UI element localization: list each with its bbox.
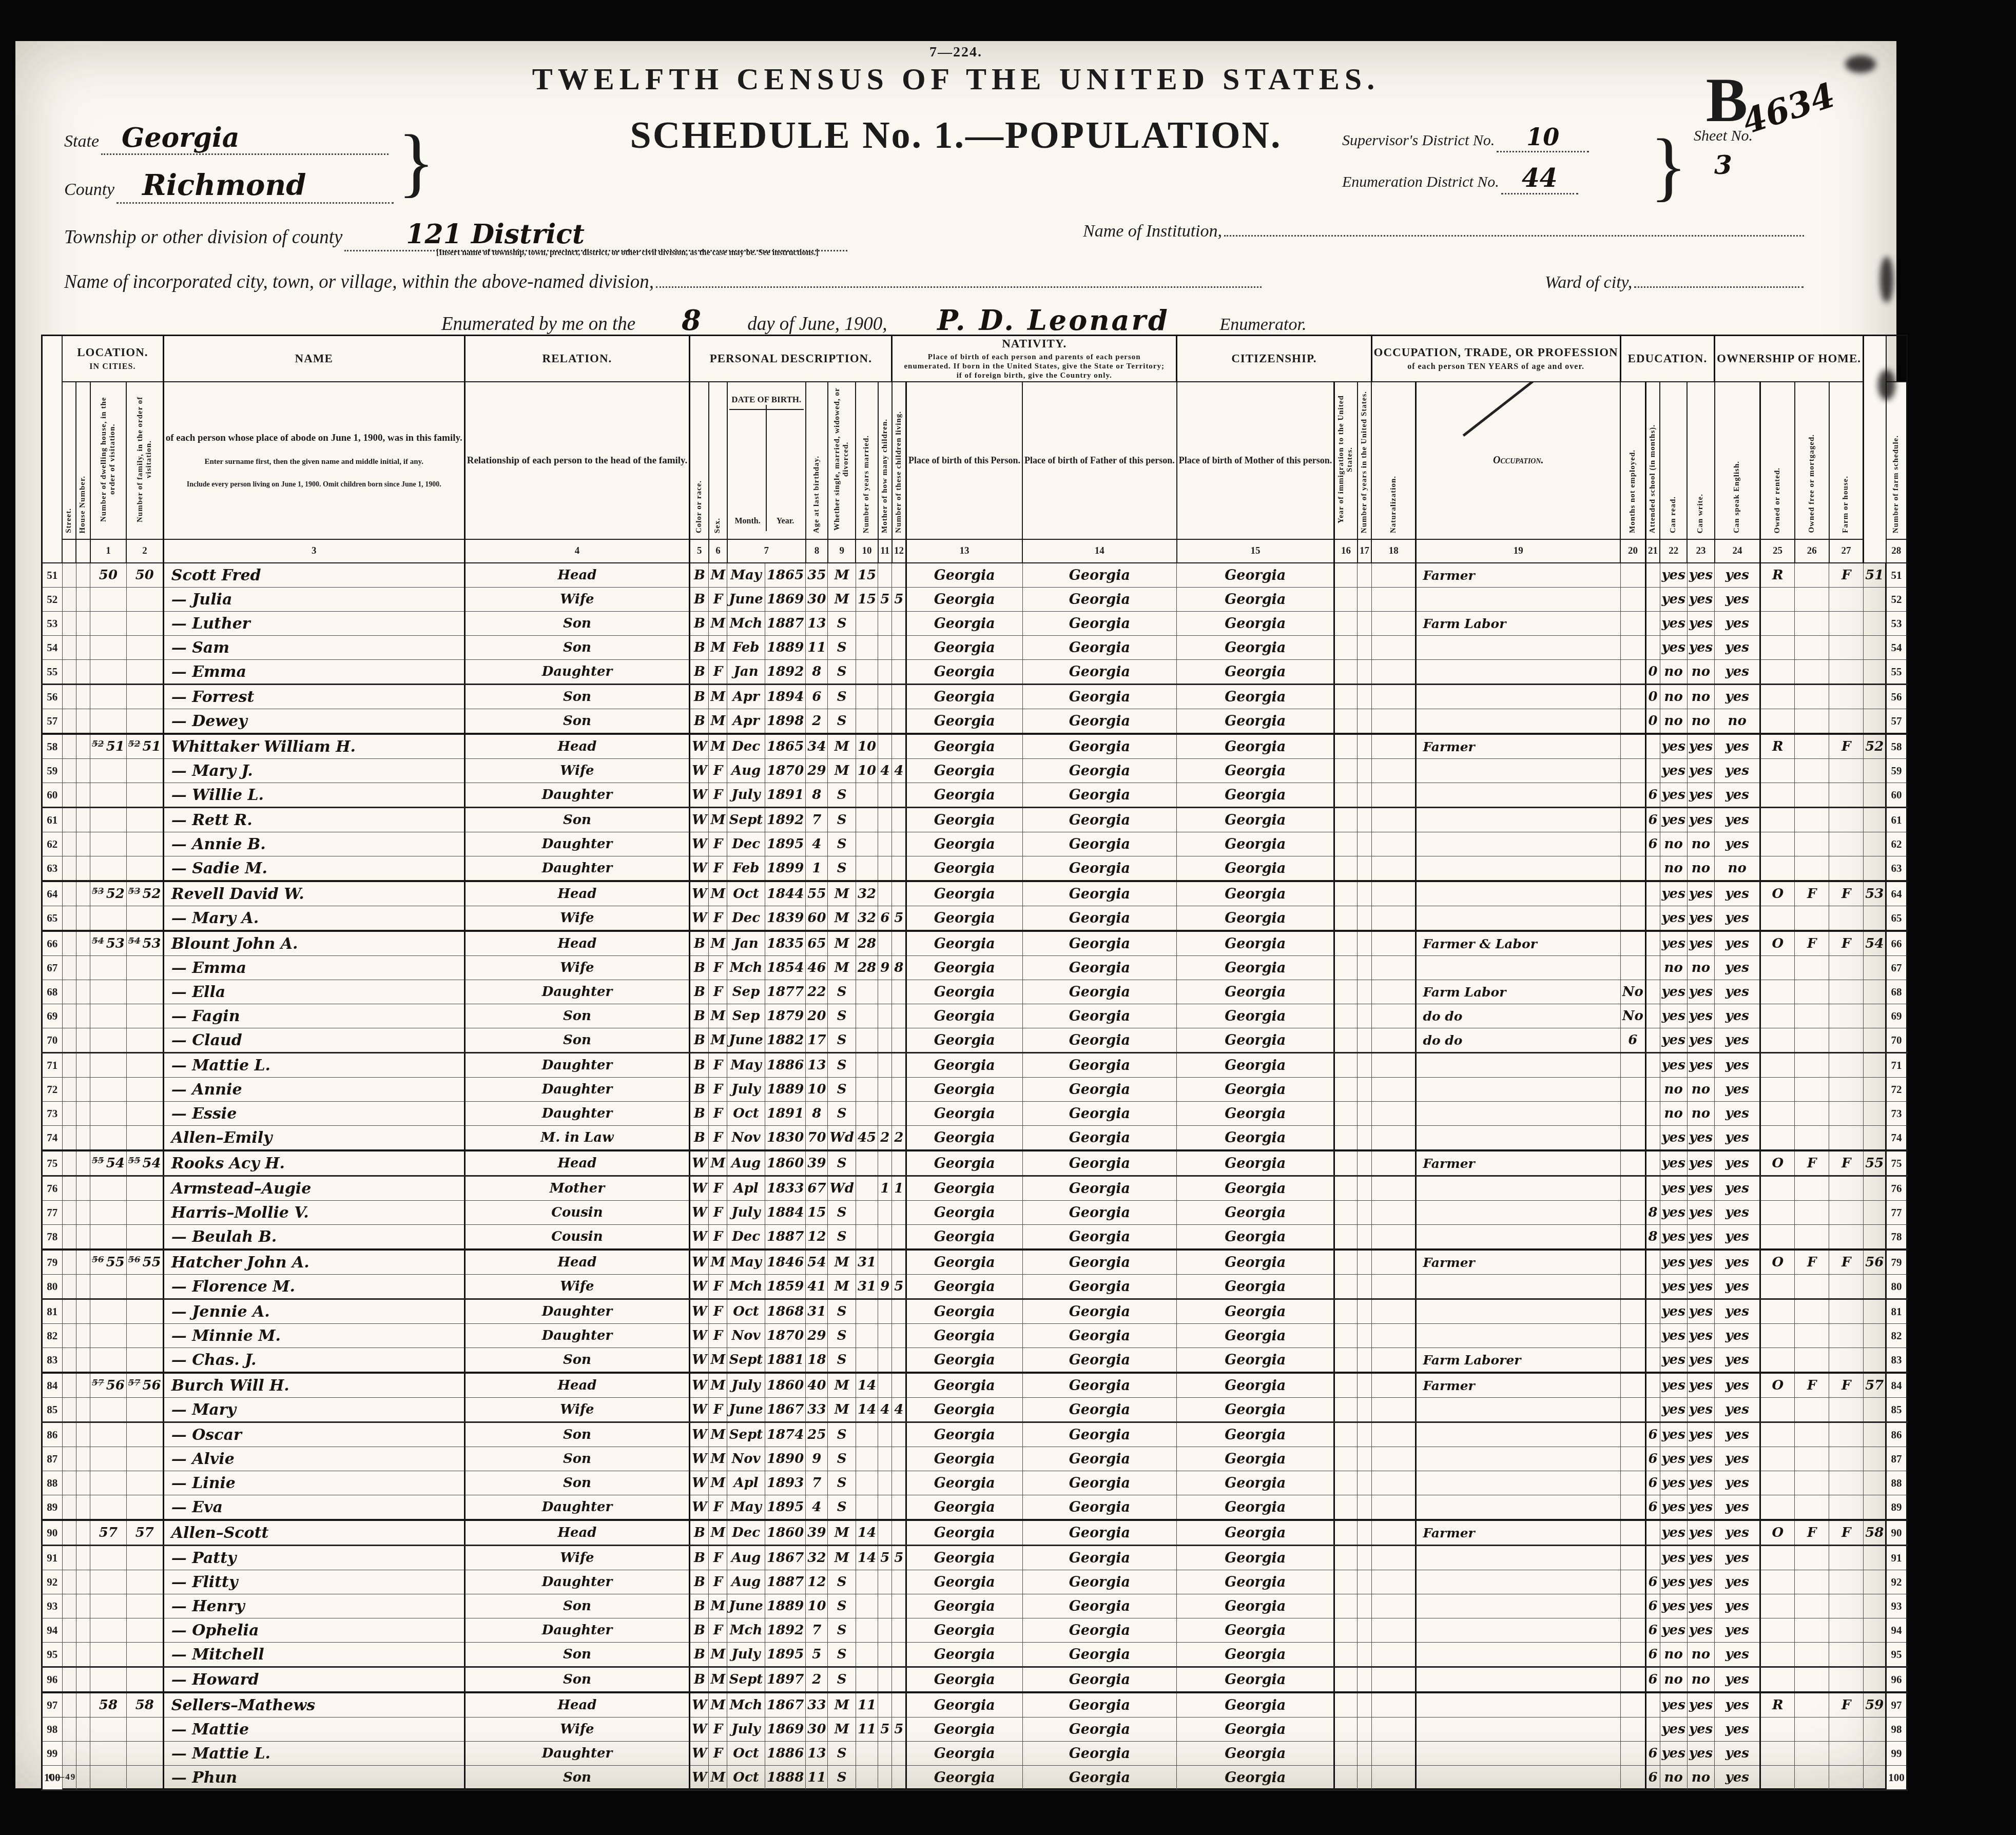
owned-rented-cell: [1760, 1176, 1795, 1201]
name-cell: — Beulah B.: [163, 1225, 464, 1250]
naturalization-cell: [1371, 832, 1416, 856]
num-24: 24: [1715, 539, 1760, 563]
farm-house-cell: [1829, 1102, 1864, 1126]
children-living-cell: [892, 1004, 906, 1028]
birth-month-cell: Oct: [727, 1102, 765, 1126]
relation-cell: Wife: [464, 1717, 690, 1742]
father-birthplace-cell: Georgia: [1022, 881, 1177, 906]
can-speak-english-cell: yes: [1715, 1053, 1760, 1078]
age-cell: 10: [806, 1594, 828, 1618]
line-number-left: 64: [42, 881, 63, 906]
children-living-cell: [892, 660, 906, 685]
immigration-year-cell: [1334, 906, 1358, 931]
naturalization-cell: [1371, 1373, 1416, 1398]
father-birthplace-cell: Georgia: [1022, 660, 1177, 685]
line-number-right: 82: [1886, 1324, 1907, 1348]
house-number-cell: [76, 734, 90, 759]
mother-birthplace-cell: Georgia: [1177, 1471, 1334, 1495]
institution-line: Name of Institution,: [1083, 222, 1804, 241]
birth-month-cell: Jan: [727, 660, 765, 685]
occupation-cell: [1416, 1570, 1620, 1594]
farm-house-cell: [1829, 856, 1864, 882]
naturalization-cell: [1371, 1176, 1416, 1201]
sex-cell: F: [709, 956, 727, 980]
mother-birthplace-cell: Georgia: [1177, 1546, 1334, 1570]
mother-birthplace-cell: Georgia: [1177, 1028, 1334, 1053]
person-row: 68— EllaDaughterBFSep187722SGeorgiaGeorg…: [42, 980, 1907, 1004]
birth-year-cell: 1882: [765, 1028, 805, 1053]
sex-cell: M: [709, 1471, 727, 1495]
line-number-left: 77: [42, 1201, 63, 1225]
years-in-us-cell: [1358, 881, 1371, 906]
house-number-cell: [76, 1299, 90, 1324]
marital-cell: M: [828, 1692, 856, 1717]
col-attended-school: Attended school (in months).: [1645, 382, 1660, 539]
mother-of-cell: [878, 1643, 892, 1667]
birth-year-cell: 1895: [765, 1495, 805, 1520]
father-birthplace-cell: Georgia: [1022, 563, 1177, 588]
sex-cell: M: [709, 1373, 727, 1398]
can-read-cell: yes: [1660, 1176, 1687, 1201]
color-cell: B: [690, 1520, 709, 1546]
attended-school-cell: [1645, 1004, 1660, 1028]
enumerated-line: Enumerated by me on the 8 day of June, 1…: [441, 304, 1306, 338]
relation-cell: Daughter: [464, 1078, 690, 1102]
father-birthplace-cell: Georgia: [1022, 808, 1177, 832]
relation-cell: Son: [464, 1594, 690, 1618]
can-write-cell: yes: [1687, 1570, 1714, 1594]
line-number-left: 98: [42, 1717, 63, 1742]
farm-house-cell: [1829, 832, 1864, 856]
house-number-cell: [76, 1447, 90, 1471]
age-cell: 17: [806, 1028, 828, 1053]
years-married-cell: [856, 1643, 878, 1667]
birth-month-cell: Nov: [727, 1126, 765, 1151]
relation-cell: Head: [464, 1150, 690, 1176]
dwelling-number-cell: [90, 832, 127, 856]
dwelling-number-cell: [90, 808, 127, 832]
farm-schedule-cell: [1864, 1717, 1886, 1742]
attended-school-cell: 6: [1645, 1570, 1660, 1594]
mother-of-cell: [878, 808, 892, 832]
free-mortgaged-cell: F: [1795, 1250, 1829, 1275]
color-cell: W: [690, 1471, 709, 1495]
farm-house-cell: [1829, 636, 1864, 660]
owned-rented-cell: [1760, 1201, 1795, 1225]
children-living-cell: [892, 709, 906, 734]
col-farm-schedule: Number of farm schedule.: [1886, 382, 1907, 539]
children-living-cell: [892, 1570, 906, 1594]
age-cell: 6: [806, 685, 828, 709]
col-can-write: Can write.: [1687, 382, 1714, 539]
age-cell: 34: [806, 734, 828, 759]
mother-of-cell: [878, 1667, 892, 1693]
occupation-cell: [1416, 685, 1620, 709]
group-occupation-label: OCCUPATION, TRADE, OR PROFESSION: [1374, 346, 1618, 359]
relation-cell: Cousin: [464, 1201, 690, 1225]
farm-schedule-cell: [1864, 1348, 1886, 1373]
farm-house-cell: [1829, 588, 1864, 612]
birthplace-cell: Georgia: [906, 783, 1022, 808]
occupation-cell: Farmer: [1416, 734, 1620, 759]
birthplace-cell: Georgia: [906, 856, 1022, 882]
sex-cell: F: [709, 832, 727, 856]
line-number-left: 52: [42, 588, 63, 612]
col-color-race: Color or race.: [690, 382, 709, 539]
children-living-cell: [892, 783, 906, 808]
owned-rented-cell: [1760, 1717, 1795, 1742]
farm-house-cell: [1829, 1398, 1864, 1422]
attended-school-cell: 6: [1645, 1643, 1660, 1667]
years-in-us-cell: [1358, 612, 1371, 636]
line-number-right: 73: [1886, 1102, 1907, 1126]
birth-month-cell: Sept: [727, 1348, 765, 1373]
immigration-year-cell: [1334, 734, 1358, 759]
free-mortgaged-cell: [1795, 1004, 1829, 1028]
person-row: 59— Mary J.WifeWFAug187029M1044GeorgiaGe…: [42, 759, 1907, 783]
farm-schedule-cell: [1864, 1102, 1886, 1126]
birthplace-cell: Georgia: [906, 1348, 1022, 1373]
age-cell: 33: [806, 1692, 828, 1717]
name-cell: — Henry: [163, 1594, 464, 1618]
name-cell: — Alvie: [163, 1447, 464, 1471]
years-in-us-cell: [1358, 931, 1371, 956]
free-mortgaged-cell: [1795, 1201, 1829, 1225]
naturalization-cell: [1371, 1299, 1416, 1324]
relation-cell: Mother: [464, 1176, 690, 1201]
father-birthplace-cell: Georgia: [1022, 1150, 1177, 1176]
mother-of-cell: [878, 1299, 892, 1324]
birthplace-cell: Georgia: [906, 1102, 1022, 1126]
relation-cell: Son: [464, 1348, 690, 1373]
immigration-year-cell: [1334, 832, 1358, 856]
can-read-cell: yes: [1660, 1324, 1687, 1348]
can-write-cell: yes: [1687, 1126, 1714, 1151]
dwelling-number-cell: [90, 588, 127, 612]
street-cell: [62, 1275, 76, 1299]
free-mortgaged-cell: [1795, 1299, 1829, 1324]
person-row: 62— Annie B.DaughterWFDec18954SGeorgiaGe…: [42, 832, 1907, 856]
years-married-cell: 32: [856, 881, 878, 906]
street-cell: [62, 612, 76, 636]
can-speak-english-cell: yes: [1715, 563, 1760, 588]
farm-house-cell: [1829, 1299, 1864, 1324]
birthplace-cell: Georgia: [906, 1398, 1022, 1422]
immigration-year-cell: [1334, 1766, 1358, 1790]
marital-cell: M: [828, 1398, 856, 1422]
mother-of-cell: 2: [878, 1126, 892, 1151]
line-number-right: 79: [1886, 1250, 1907, 1275]
free-mortgaged-cell: [1795, 1471, 1829, 1495]
house-number-cell: [76, 612, 90, 636]
age-cell: 65: [806, 931, 828, 956]
immigration-year-cell: [1334, 783, 1358, 808]
marital-cell: S: [828, 783, 856, 808]
can-write-cell: no: [1687, 1766, 1714, 1790]
district-block: Supervisor's District No. 10 Enumeration…: [1342, 123, 1589, 205]
immigration-year-cell: [1334, 1546, 1358, 1570]
months-not-employed-cell: [1620, 563, 1645, 588]
family-number-cell: [126, 709, 163, 734]
name-cell: — Mary: [163, 1398, 464, 1422]
township-label: Township or other division of county: [64, 227, 342, 248]
mother-of-cell: [878, 1373, 892, 1398]
years-married-cell: [856, 1201, 878, 1225]
children-living-cell: 4: [892, 759, 906, 783]
marital-cell: S: [828, 1618, 856, 1643]
naturalization-cell: [1371, 856, 1416, 882]
sheet-label: Sheet No.: [1694, 127, 1753, 145]
can-write-cell: yes: [1687, 636, 1714, 660]
free-mortgaged-cell: [1795, 906, 1829, 931]
children-living-cell: [892, 881, 906, 906]
color-cell: W: [690, 1692, 709, 1717]
dwelling-number-cell: [90, 1422, 127, 1447]
naturalization-cell: [1371, 906, 1416, 931]
name-cell: — Mary A.: [163, 906, 464, 931]
person-row: 99— Mattie L.DaughterWFOct188613SGeorgia…: [42, 1742, 1907, 1766]
father-birthplace-cell: Georgia: [1022, 1692, 1177, 1717]
can-read-cell: no: [1660, 685, 1687, 709]
farm-schedule-cell: [1864, 1398, 1886, 1422]
marital-cell: S: [828, 980, 856, 1004]
marital-cell: S: [828, 1422, 856, 1447]
birthplace-cell: Georgia: [906, 808, 1022, 832]
street-cell: [62, 906, 76, 931]
birthplace-cell: Georgia: [906, 931, 1022, 956]
age-cell: 7: [806, 808, 828, 832]
house-number-cell: [76, 1692, 90, 1717]
num-18: 18: [1371, 539, 1416, 563]
can-read-cell: yes: [1660, 612, 1687, 636]
color-cell: B: [690, 660, 709, 685]
farm-house-cell: [1829, 1766, 1864, 1790]
sex-cell: M: [709, 563, 727, 588]
name-cell: — Annie: [163, 1078, 464, 1102]
marital-cell: S: [828, 856, 856, 882]
line-number-right: 72: [1886, 1078, 1907, 1102]
birthplace-cell: Georgia: [906, 1643, 1022, 1667]
color-cell: B: [690, 1667, 709, 1693]
group-name: NAME: [163, 336, 464, 382]
can-speak-english-cell: yes: [1715, 1717, 1760, 1742]
mother-of-cell: [878, 1594, 892, 1618]
sex-cell: F: [709, 660, 727, 685]
person-row: 72— AnnieDaughterBFJuly188910SGeorgiaGeo…: [42, 1078, 1907, 1102]
attended-school-cell: [1645, 1053, 1660, 1078]
street-cell: [62, 1520, 76, 1546]
can-speak-english-cell: yes: [1715, 1471, 1760, 1495]
age-cell: 55: [806, 881, 828, 906]
can-speak-english-cell: yes: [1715, 636, 1760, 660]
can-read-cell: no: [1660, 1667, 1687, 1693]
mother-of-cell: [878, 1422, 892, 1447]
free-mortgaged-cell: [1795, 1667, 1829, 1693]
years-married-cell: [856, 1471, 878, 1495]
group-personal: PERSONAL DESCRIPTION.: [690, 336, 892, 382]
attended-school-cell: [1645, 1373, 1660, 1398]
color-cell: W: [690, 808, 709, 832]
birth-year-cell: 1897: [765, 1667, 805, 1693]
owned-rented-cell: [1760, 759, 1795, 783]
color-cell: B: [690, 980, 709, 1004]
owned-rented-cell: [1760, 832, 1795, 856]
years-married-cell: [856, 980, 878, 1004]
num-house: [76, 539, 90, 563]
mother-of-cell: [878, 783, 892, 808]
free-mortgaged-cell: [1795, 856, 1829, 882]
num-3: 3: [163, 539, 464, 563]
naturalization-cell: [1371, 1717, 1416, 1742]
occupation-cell: [1416, 588, 1620, 612]
family-number-cell: [126, 1324, 163, 1348]
years-married-cell: [856, 660, 878, 685]
free-mortgaged-cell: [1795, 1495, 1829, 1520]
attended-school-cell: 6: [1645, 832, 1660, 856]
can-write-cell: yes: [1687, 1004, 1714, 1028]
family-number-cell: [126, 1570, 163, 1594]
birth-month-cell: Aug: [727, 1570, 765, 1594]
immigration-year-cell: [1334, 1348, 1358, 1373]
relation-cell: Head: [464, 563, 690, 588]
birth-month-cell: Dec: [727, 734, 765, 759]
line-number-left: 61: [42, 808, 63, 832]
farm-house-cell: [1829, 660, 1864, 685]
color-cell: B: [690, 685, 709, 709]
children-living-cell: [892, 931, 906, 956]
marital-cell: M: [828, 759, 856, 783]
relation-cell: Head: [464, 881, 690, 906]
dwelling-number-cell: [90, 1766, 127, 1790]
family-number-cell: [126, 1447, 163, 1471]
can-read-cell: no: [1660, 1643, 1687, 1667]
mother-of-cell: [878, 709, 892, 734]
mother-birthplace-cell: Georgia: [1177, 563, 1334, 588]
owned-rented-cell: R: [1760, 1692, 1795, 1717]
col-can-speak-english: Can speak English.: [1715, 382, 1760, 539]
farm-house-cell: F: [1829, 734, 1864, 759]
house-number-cell: [76, 1150, 90, 1176]
person-row: 74Allen–EmilyM. in LawBFNov183070Wd4522G…: [42, 1126, 1907, 1151]
can-speak-english-cell: no: [1715, 856, 1760, 882]
years-married-cell: 31: [856, 1275, 878, 1299]
mother-of-cell: [878, 1250, 892, 1275]
can-write-cell: yes: [1687, 980, 1714, 1004]
sex-cell: M: [709, 1766, 727, 1790]
naturalization-cell: [1371, 931, 1416, 956]
farm-schedule-cell: [1864, 1594, 1886, 1618]
can-read-cell: yes: [1660, 1004, 1687, 1028]
house-number-cell: [76, 759, 90, 783]
street-cell: [62, 685, 76, 709]
relation-cell: Wife: [464, 1546, 690, 1570]
line-number-left: 53: [42, 612, 63, 636]
can-read-cell: yes: [1660, 563, 1687, 588]
line-number-left: 96: [42, 1667, 63, 1693]
can-read-cell: yes: [1660, 1546, 1687, 1570]
birth-month-cell: Mch: [727, 956, 765, 980]
birthplace-cell: Georgia: [906, 1053, 1022, 1078]
farm-house-cell: [1829, 1742, 1864, 1766]
street-cell: [62, 759, 76, 783]
line-number-left: 97: [42, 1692, 63, 1717]
line-number-right: 54: [1886, 636, 1907, 660]
years-married-cell: 10: [856, 734, 878, 759]
line-number-header-right: [1864, 336, 1886, 563]
relation-cell: Head: [464, 931, 690, 956]
free-mortgaged-cell: [1795, 1422, 1829, 1447]
naturalization-cell: [1371, 709, 1416, 734]
mother-of-cell: [878, 1692, 892, 1717]
name-cell: — Linie: [163, 1471, 464, 1495]
sex-cell: M: [709, 1422, 727, 1447]
naturalization-cell: [1371, 1667, 1416, 1693]
sheet-value: 3: [1694, 150, 1753, 180]
birth-month-cell: Oct: [727, 881, 765, 906]
years-in-us-cell: [1358, 685, 1371, 709]
color-cell: B: [690, 1546, 709, 1570]
father-birthplace-cell: Georgia: [1022, 980, 1177, 1004]
enumeration-label: Enumeration District No.: [1342, 173, 1499, 190]
months-not-employed-cell: [1620, 1275, 1645, 1299]
name-cell: Revell David W.: [163, 881, 464, 906]
name-cell: — Claud: [163, 1028, 464, 1053]
col-mother-of-children: Mother of how many children.: [878, 382, 892, 539]
owned-rented-cell: O: [1760, 1150, 1795, 1176]
years-married-cell: [856, 709, 878, 734]
can-speak-english-cell: yes: [1715, 1078, 1760, 1102]
line-number-left: 89: [42, 1495, 63, 1520]
group-education: EDUCATION.: [1620, 336, 1714, 382]
months-not-employed-cell: No: [1620, 980, 1645, 1004]
sex-cell: M: [709, 881, 727, 906]
naturalization-cell: [1371, 1004, 1416, 1028]
street-cell: [62, 588, 76, 612]
father-birthplace-cell: Georgia: [1022, 1250, 1177, 1275]
person-row: 98— MattieWifeWFJuly186930M1155GeorgiaGe…: [42, 1717, 1907, 1742]
birth-year-cell: 1846: [765, 1250, 805, 1275]
birth-month-cell: Apl: [727, 1176, 765, 1201]
right-brace: }: [1650, 122, 1687, 210]
birth-year-cell: 1869: [765, 588, 805, 612]
mother-birthplace-cell: Georgia: [1177, 1102, 1334, 1126]
dwelling-number-cell: [90, 612, 127, 636]
can-write-cell: no: [1687, 660, 1714, 685]
marital-cell: S: [828, 1102, 856, 1126]
months-not-employed-cell: [1620, 881, 1645, 906]
census-sheet-paper: 7—224. TWELFTH CENSUS OF THE UNITED STAT…: [15, 41, 1896, 1788]
sex-cell: F: [709, 1742, 727, 1766]
street-cell: [62, 808, 76, 832]
name-desc-3: Include every person living on June 1, 1…: [166, 480, 462, 490]
farm-schedule-cell: [1864, 1324, 1886, 1348]
owned-rented-cell: [1760, 1594, 1795, 1618]
street-cell: [62, 1667, 76, 1693]
farm-schedule-cell: [1864, 759, 1886, 783]
color-cell: W: [690, 1250, 709, 1275]
birth-year-cell: 1892: [765, 660, 805, 685]
owned-rented-cell: [1760, 660, 1795, 685]
sex-cell: F: [709, 1618, 727, 1643]
page-title: TWELFTH CENSUS OF THE UNITED STATES.: [15, 62, 1896, 97]
age-cell: 8: [806, 1102, 828, 1126]
family-number-cell: [126, 808, 163, 832]
color-cell: W: [690, 1422, 709, 1447]
dwelling-number-cell: [90, 1643, 127, 1667]
immigration-year-cell: [1334, 1201, 1358, 1225]
mother-of-cell: [878, 1102, 892, 1126]
house-number-cell: [76, 956, 90, 980]
